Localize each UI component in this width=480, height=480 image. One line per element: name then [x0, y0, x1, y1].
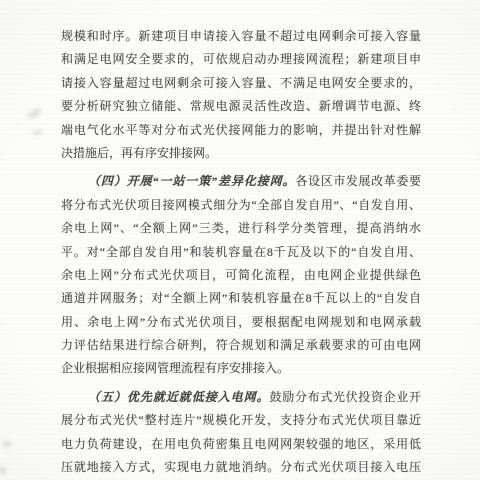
scan-smudge: [1, 440, 11, 448]
body-text: 将分布式光伏项目接网模式细分为“全部自发自用”、“自发自用、: [61, 198, 421, 212]
section-heading-text: （五）优先就近就低接入电网。: [88, 390, 270, 404]
body-text: 决措施后，再有序安排接网。: [61, 146, 217, 160]
text-line: 和满足电网安全要求的，可依规启动办理接网流程；新建项目申: [61, 48, 421, 71]
body-text: 电力负荷建设，在用电负荷密集且电网网架较强的地区，采用低: [61, 437, 421, 451]
text-line: 电力负荷建设，在用电负荷密集且电网网架较强的地区，采用低: [61, 433, 421, 456]
body-text: 企业根据相应接网管理流程有序安排接入。: [61, 361, 289, 375]
body-text: 和满足电网安全要求的，可依规启动办理接网流程；新建项目申: [61, 52, 421, 66]
body-text: 展分布式光伏“整村连片”规模化开发，支持分布式光伏项目靠近: [61, 413, 421, 427]
scan-smudge: [32, 128, 43, 136]
text-line: 请接入容量超过电网剩余可接入容量、不满足电网安全要求的，: [61, 72, 421, 95]
body-text: 通道并网服务；对“全额上网”和装机容量在8千瓦以上的“自发自: [61, 291, 421, 305]
text-line: （五）优先就近就低接入电网。鼓励分布式光伏投资企业开: [61, 386, 421, 409]
text-line: 用、余电上网”分布式光伏项目，要根据配电网规划和电网承载: [61, 311, 421, 334]
scan-smudge: [26, 107, 42, 121]
body-text: 压就地接入方式，实现电力就地消纳。分布式光伏项目接入电压: [61, 460, 421, 474]
body-text: 各设区市发展改革委要: [295, 174, 421, 188]
body-text: 平。对“全部自发自用”和装机容量在8千瓦及以下的“自发自用、: [61, 245, 421, 259]
text-line: 要分析研究独立储能、常规电源灵活性改造、新增调节电源、终: [61, 95, 421, 118]
body-text: 用、余电上网”分布式光伏项目，要根据配电网规划和电网承载: [61, 315, 421, 329]
document-page: 规模和时序。新建项目申请接入容量不超过电网剩余可接入容量和满足电网安全要求的，可…: [0, 0, 480, 480]
body-text: 鼓励分布式光伏投资企业开: [270, 390, 421, 404]
text-line: 平。对“全部自发自用”和装机容量在8千瓦及以下的“自发自用、: [61, 241, 421, 264]
body-text: 要分析研究独立储能、常规电源灵活性改造、新增调节电源、终: [61, 99, 421, 113]
text-line: 压就地接入方式，实现电力就地消纳。分布式光伏项目接入电压: [61, 456, 421, 479]
text-line: 决措施后，再有序安排接网。: [61, 142, 421, 165]
body-text: 端电气化水平等对分布式光伏接网能力的影响，并提出针对性解: [61, 123, 421, 137]
text-line: （四）开展“一站一策”差异化接网。各设区市发展改革委要: [61, 170, 421, 193]
text-line: 规模和时序。新建项目申请接入容量不超过电网剩余可接入容量: [61, 25, 421, 48]
body-text: 请接入容量超过电网剩余可接入容量、不满足电网安全要求的，: [61, 76, 421, 90]
body-text: 余电上网”、“全额上网”三类，进行科学分类管理，提高消纳水: [61, 221, 421, 235]
section-heading-text: （四）开展“一站一策”差异化接网。: [88, 174, 295, 188]
text-line: 企业根据相应接网管理流程有序安排接入。: [61, 357, 421, 380]
document-text: 规模和时序。新建项目申请接入容量不超过电网剩余可接入容量和满足电网安全要求的，可…: [61, 25, 421, 479]
text-line: 展分布式光伏“整村连片”规模化开发，支持分布式光伏项目靠近: [61, 409, 421, 432]
text-line: 端电气化水平等对分布式光伏接网能力的影响，并提出针对性解: [61, 119, 421, 142]
text-line: 余电上网”分布式光伏项目，可简化流程，由电网企业提供绿色: [61, 264, 421, 287]
text-line: 余电上网”、“全额上网”三类，进行科学分类管理，提高消纳水: [61, 217, 421, 240]
body-text: 规模和时序。新建项目申请接入容量不超过电网剩余可接入容量: [61, 29, 421, 43]
text-line: 通道并网服务；对“全额上网”和装机容量在8千瓦以上的“自发自: [61, 287, 421, 310]
body-text: 力评估结果进行综合研判，符合规划和满足承载要求的可由电网: [61, 338, 421, 352]
scan-smudge: [0, 466, 6, 475]
body-text: 余电上网”分布式光伏项目，可简化流程，由电网企业提供绿色: [61, 268, 421, 282]
text-line: 力评估结果进行综合研判，符合规划和满足承载要求的可由电网: [61, 334, 421, 357]
text-line: 将分布式光伏项目接网模式细分为“全部自发自用”、“自发自用、: [61, 194, 421, 217]
